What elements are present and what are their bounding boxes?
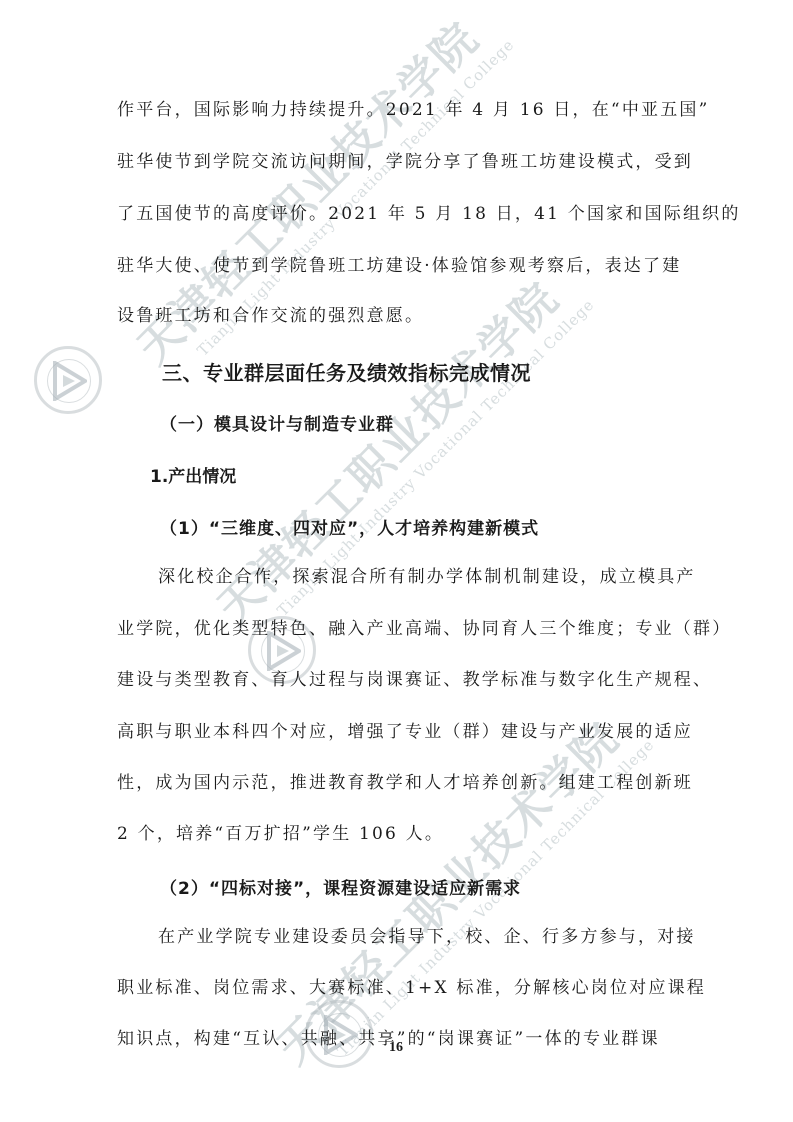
page-number: 16	[389, 1040, 403, 1056]
watermark: 天津轻工职业技术学院 Tianjin Light Industry Vocati…	[120, 0, 518, 388]
item-heading: （2）“四标对接”，课程资源建设适应新需求	[160, 874, 521, 899]
body-text-line: 设鲁班工坊和合作交流的强烈意愿。	[117, 304, 677, 328]
body-text-line: 了五国使节的高度评价。2021 年 5 月 18 日，41 个国家和国际组织的	[117, 202, 677, 226]
body-text-line: 驻华使节到学院交流访问期间，学院分享了鲁班工坊建设模式，受到	[117, 150, 677, 174]
body-text-line: 建设与类型教育、育人过程与岗课赛证、教学标准与数字化生产规程、	[117, 668, 677, 692]
body-text-line: 作平台，国际影响力持续提升。2021 年 4 月 16 日，在“中亚五国”	[117, 98, 677, 122]
sub-subsection-heading: 1.产出情况	[150, 462, 236, 487]
body-text-line: 职业标准、岗位需求、大赛标准、1+X 标准，分解核心岗位对应课程	[117, 976, 677, 1000]
item-heading: （1）“三维度、四对应”，人才培养构建新模式	[160, 514, 539, 539]
subsection-heading: （一）模具设计与制造专业群	[160, 410, 394, 435]
document-page: 天津轻工职业技术学院 Tianjin Light Industry Vocati…	[0, 0, 793, 1122]
body-text-line: 深化校企合作，探索混合所有制办学体制机制建设，成立模具产	[158, 565, 718, 589]
college-seal-icon	[34, 346, 102, 414]
section-heading: 三、专业群层面任务及绩效指标完成情况	[162, 357, 531, 386]
body-text-line: 2 个，培养“百万扩招”学生 106 人。	[117, 822, 677, 846]
body-text-line: 高职与职业本科四个对应，增强了专业（群）建设与产业发展的适应	[117, 720, 677, 744]
body-text-line: 在产业学院专业建设委员会指导下，校、企、行多方参与，对接	[158, 925, 718, 949]
body-text-line: 业学院，优化类型特色、融入产业高端、协同育人三个维度；专业（群）	[117, 617, 677, 641]
body-text-line: 驻华大使、使节到学院鲁班工坊建设·体验馆参观考察后，表达了建	[117, 254, 677, 278]
body-text-line: 性，成为国内示范，推进教育教学和人才培养创新。组建工程创新班	[117, 771, 677, 795]
